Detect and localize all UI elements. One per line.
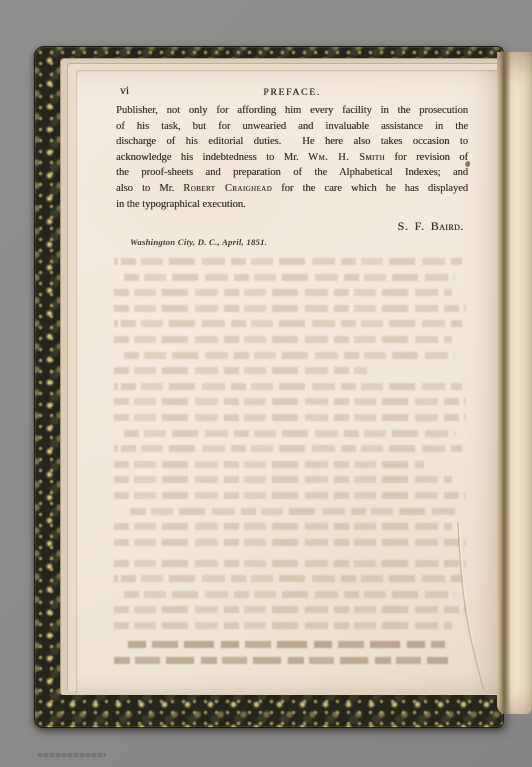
bleedthrough-text [114, 258, 466, 672]
bleedthrough-line [124, 508, 455, 515]
text-segment: also to Mr. [116, 183, 183, 194]
bleedthrough-line [124, 352, 455, 359]
text-segment: S. F. [397, 219, 430, 233]
bleedthrough-line [124, 274, 455, 281]
binding-fleck-stain [465, 161, 470, 167]
text-segment: discharge of his editorial duties. He he… [116, 136, 468, 147]
bleedthrough-line [114, 258, 462, 265]
bleedthrough-line [124, 591, 455, 598]
bleedthrough-line [114, 398, 466, 405]
running-title: PREFACE. [116, 87, 468, 98]
text-segment: Publisher, not only for affording him ev… [116, 105, 468, 116]
bleedthrough-line [114, 492, 466, 499]
bleedthrough-line [114, 575, 462, 582]
smallcaps-name: Baird [431, 219, 461, 233]
page-crease [454, 520, 488, 692]
bleedthrough-line [114, 657, 448, 664]
text-segment: the proof-sheets and preparation of the … [116, 167, 468, 178]
printed-text-layer: vi PREFACE. Publisher, not only for affo… [0, 0, 532, 767]
bleedthrough-line [114, 539, 466, 546]
body-line: in the typographical execution. [116, 197, 468, 213]
bleedthrough-line [114, 445, 462, 452]
bleedthrough-line [114, 560, 466, 567]
page-header: vi PREFACE. [116, 85, 468, 100]
bleedthrough-line [114, 523, 452, 530]
body-line: of his task, but for unwearied and inval… [116, 119, 468, 135]
text-segment: in the typographical execution. [116, 199, 246, 210]
microtext-watermark [38, 753, 106, 757]
bleedthrough-line [124, 430, 455, 437]
bleedthrough-line [114, 289, 452, 296]
body-line: acknowledge his indebtedness to Mr. Wm. … [116, 150, 468, 166]
bleedthrough-line [114, 622, 452, 629]
dateline: Washington City, D. C., April, 1851. [130, 237, 267, 247]
text-segment: . [460, 219, 464, 233]
bleedthrough-line [114, 461, 424, 468]
bleedthrough-line [114, 305, 466, 312]
body-line: discharge of his editorial duties. He he… [116, 134, 468, 150]
bleedthrough-line [114, 336, 452, 343]
bleedthrough-line [128, 641, 445, 648]
text-segment: for the care which he has displayed [272, 183, 468, 194]
bleedthrough-line [114, 414, 466, 421]
bleedthrough-line [114, 367, 367, 374]
text-segment: of his task, but for unwearied and inval… [116, 121, 468, 132]
smallcaps-name: Robert Craighead [183, 183, 272, 194]
smallcaps-name: Wm. H. Smith [308, 152, 385, 163]
body-line: the proof-sheets and preparation of the … [116, 165, 468, 181]
bleedthrough-line [114, 383, 462, 390]
bleedthrough-line [114, 476, 452, 483]
bleedthrough-line [114, 606, 466, 613]
body-line: also to Mr. Robert Craighead for the car… [116, 181, 468, 197]
text-segment: acknowledge his indebtedness to Mr. [116, 152, 308, 163]
photo-background: vi PREFACE. Publisher, not only for affo… [0, 0, 532, 767]
body-paragraph: Publisher, not only for affording him ev… [116, 103, 468, 212]
signature-line: S. F. Baird. [116, 219, 464, 234]
body-line: Publisher, not only for affording him ev… [116, 103, 468, 119]
bleedthrough-line [114, 320, 462, 327]
text-segment: for revision of [385, 152, 468, 163]
